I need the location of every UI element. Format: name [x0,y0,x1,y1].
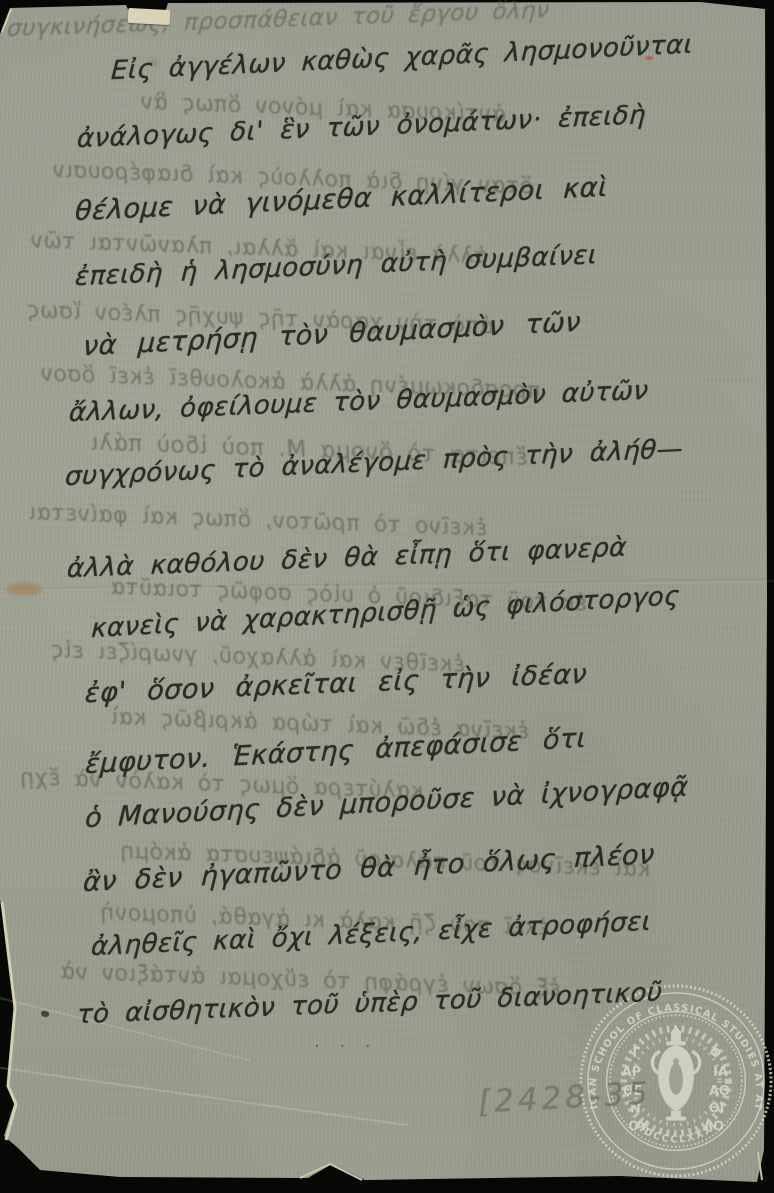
tape-fragment [128,8,171,25]
stamp-letter: Γ [632,1046,640,1061]
stamp-letter: Φ [710,1046,721,1061]
rust-spot [6,583,42,596]
rust-spot [148,60,158,66]
stamp-letter: ΑΘ [709,1084,730,1099]
stamp-letter: ΛΟ [703,1120,724,1135]
stamp-letter: ΙΑ [713,1065,728,1080]
rust-spot [646,56,653,60]
ink-dots: · · · [314,1036,378,1057]
stamp-letter: ΟΥ [628,1120,649,1135]
stamp-figure-silhouette [669,1063,683,1095]
stamp-letter: ΘΙ [709,1102,725,1117]
scanned-manuscript: AMERICAN SCHOOL OF CLASSICAL STUDIES AT … [0,0,774,1193]
